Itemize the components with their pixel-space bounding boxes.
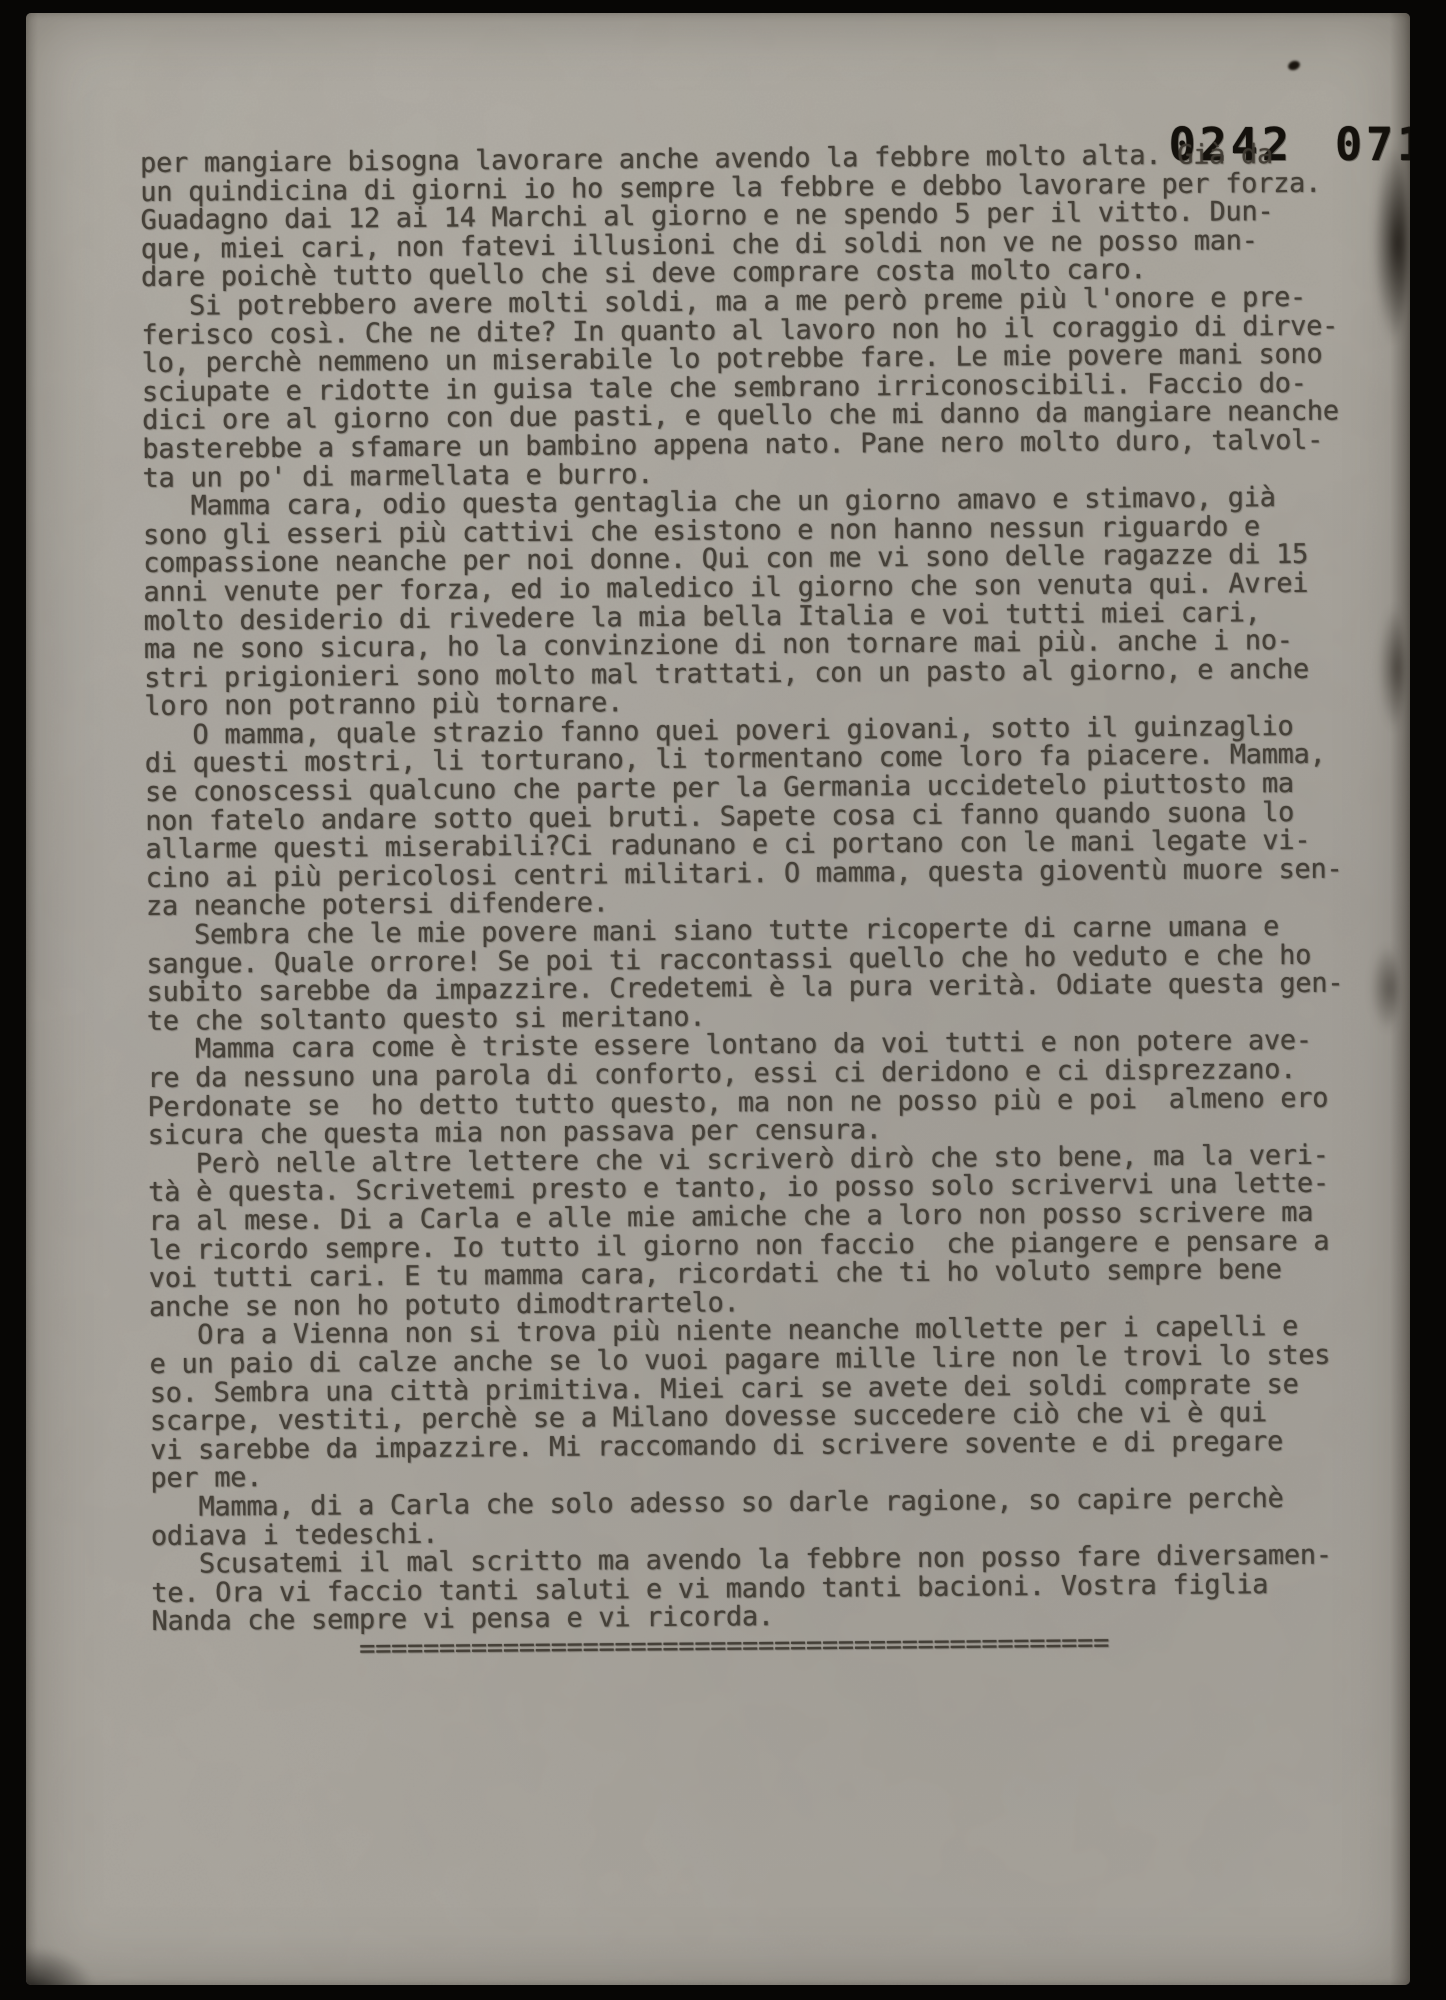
letter-body: per mangiare bisogna lavorare anche aven… (140, 140, 1410, 1666)
corner-shadow (26, 1947, 96, 1985)
left-edge-shadow (26, 13, 38, 1985)
scanned-letter-screenshot: { "colors": { "background": "#070605", "… (0, 0, 1446, 2000)
scan-black-border: 02420715 per mangiare bisogna lavorare a… (0, 0, 1446, 2000)
letter-page: 02420715 per mangiare bisogna lavorare a… (26, 13, 1410, 1985)
ink-dot (1287, 59, 1301, 72)
